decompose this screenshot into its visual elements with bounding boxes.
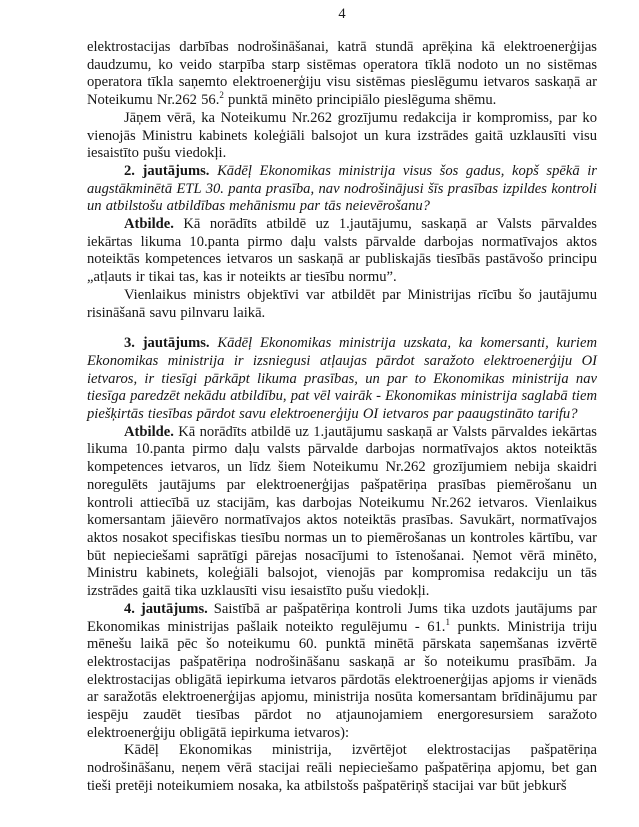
- body-text: Kādēļ Ekonomikas ministrija, izvērtējot …: [87, 742, 597, 793]
- answer-2-label: Atbilde.: [124, 216, 174, 232]
- question-4-paragraph: 4. jautājums. Saistībā ar pašpatēriņa ko…: [87, 601, 597, 743]
- answer-3-label: Atbilde.: [124, 424, 174, 440]
- section-break: [87, 322, 597, 335]
- question-3-label: 3. jautājums.: [124, 335, 210, 351]
- paragraph-continuation: elektrostacijas darbības nodrošināšanai,…: [87, 39, 597, 110]
- question-4-text-cont: punkts. Ministrija triju mēnešu laikā pē…: [87, 619, 597, 741]
- answer-3-text: Kā norādīts atbildē uz 1.jautājumu saska…: [87, 424, 597, 599]
- question-4-continuation: Kādēļ Ekonomikas ministrija, izvērtējot …: [87, 742, 597, 795]
- document-page: 4 elektrostacijas darbības nodrošināšana…: [0, 0, 639, 827]
- page-number: 4: [87, 6, 597, 23]
- paragraph-vienlaikus-ministrs: Vienlaikus ministrs objektīvi var atbild…: [87, 287, 597, 322]
- answer-3-paragraph: Atbilde. Kā norādīts atbildē uz 1.jautāj…: [87, 424, 597, 601]
- document-text-body: elektrostacijas darbības nodrošināšanai,…: [87, 39, 597, 796]
- question-4-label: 4. jautājums.: [124, 601, 208, 617]
- answer-2-paragraph: Atbilde. Kā norādīts atbildē uz 1.jautāj…: [87, 216, 597, 287]
- paragraph-janem-vera: Jāņem vērā, ka Noteikumu Nr.262 grozījum…: [87, 110, 597, 163]
- body-text: Jāņem vērā, ka Noteikumu Nr.262 grozījum…: [87, 110, 597, 161]
- question-3-paragraph: 3. jautājums. Kādēļ Ekonomikas ministrij…: [87, 335, 597, 424]
- body-text: Vienlaikus ministrs objektīvi var atbild…: [87, 287, 597, 321]
- body-text: punktā minēto principiālo pieslēguma shē…: [224, 92, 496, 108]
- question-2-paragraph: 2. jautājums. Kādēļ Ekonomikas ministrij…: [87, 163, 597, 216]
- question-2-label: 2. jautājums.: [124, 163, 209, 179]
